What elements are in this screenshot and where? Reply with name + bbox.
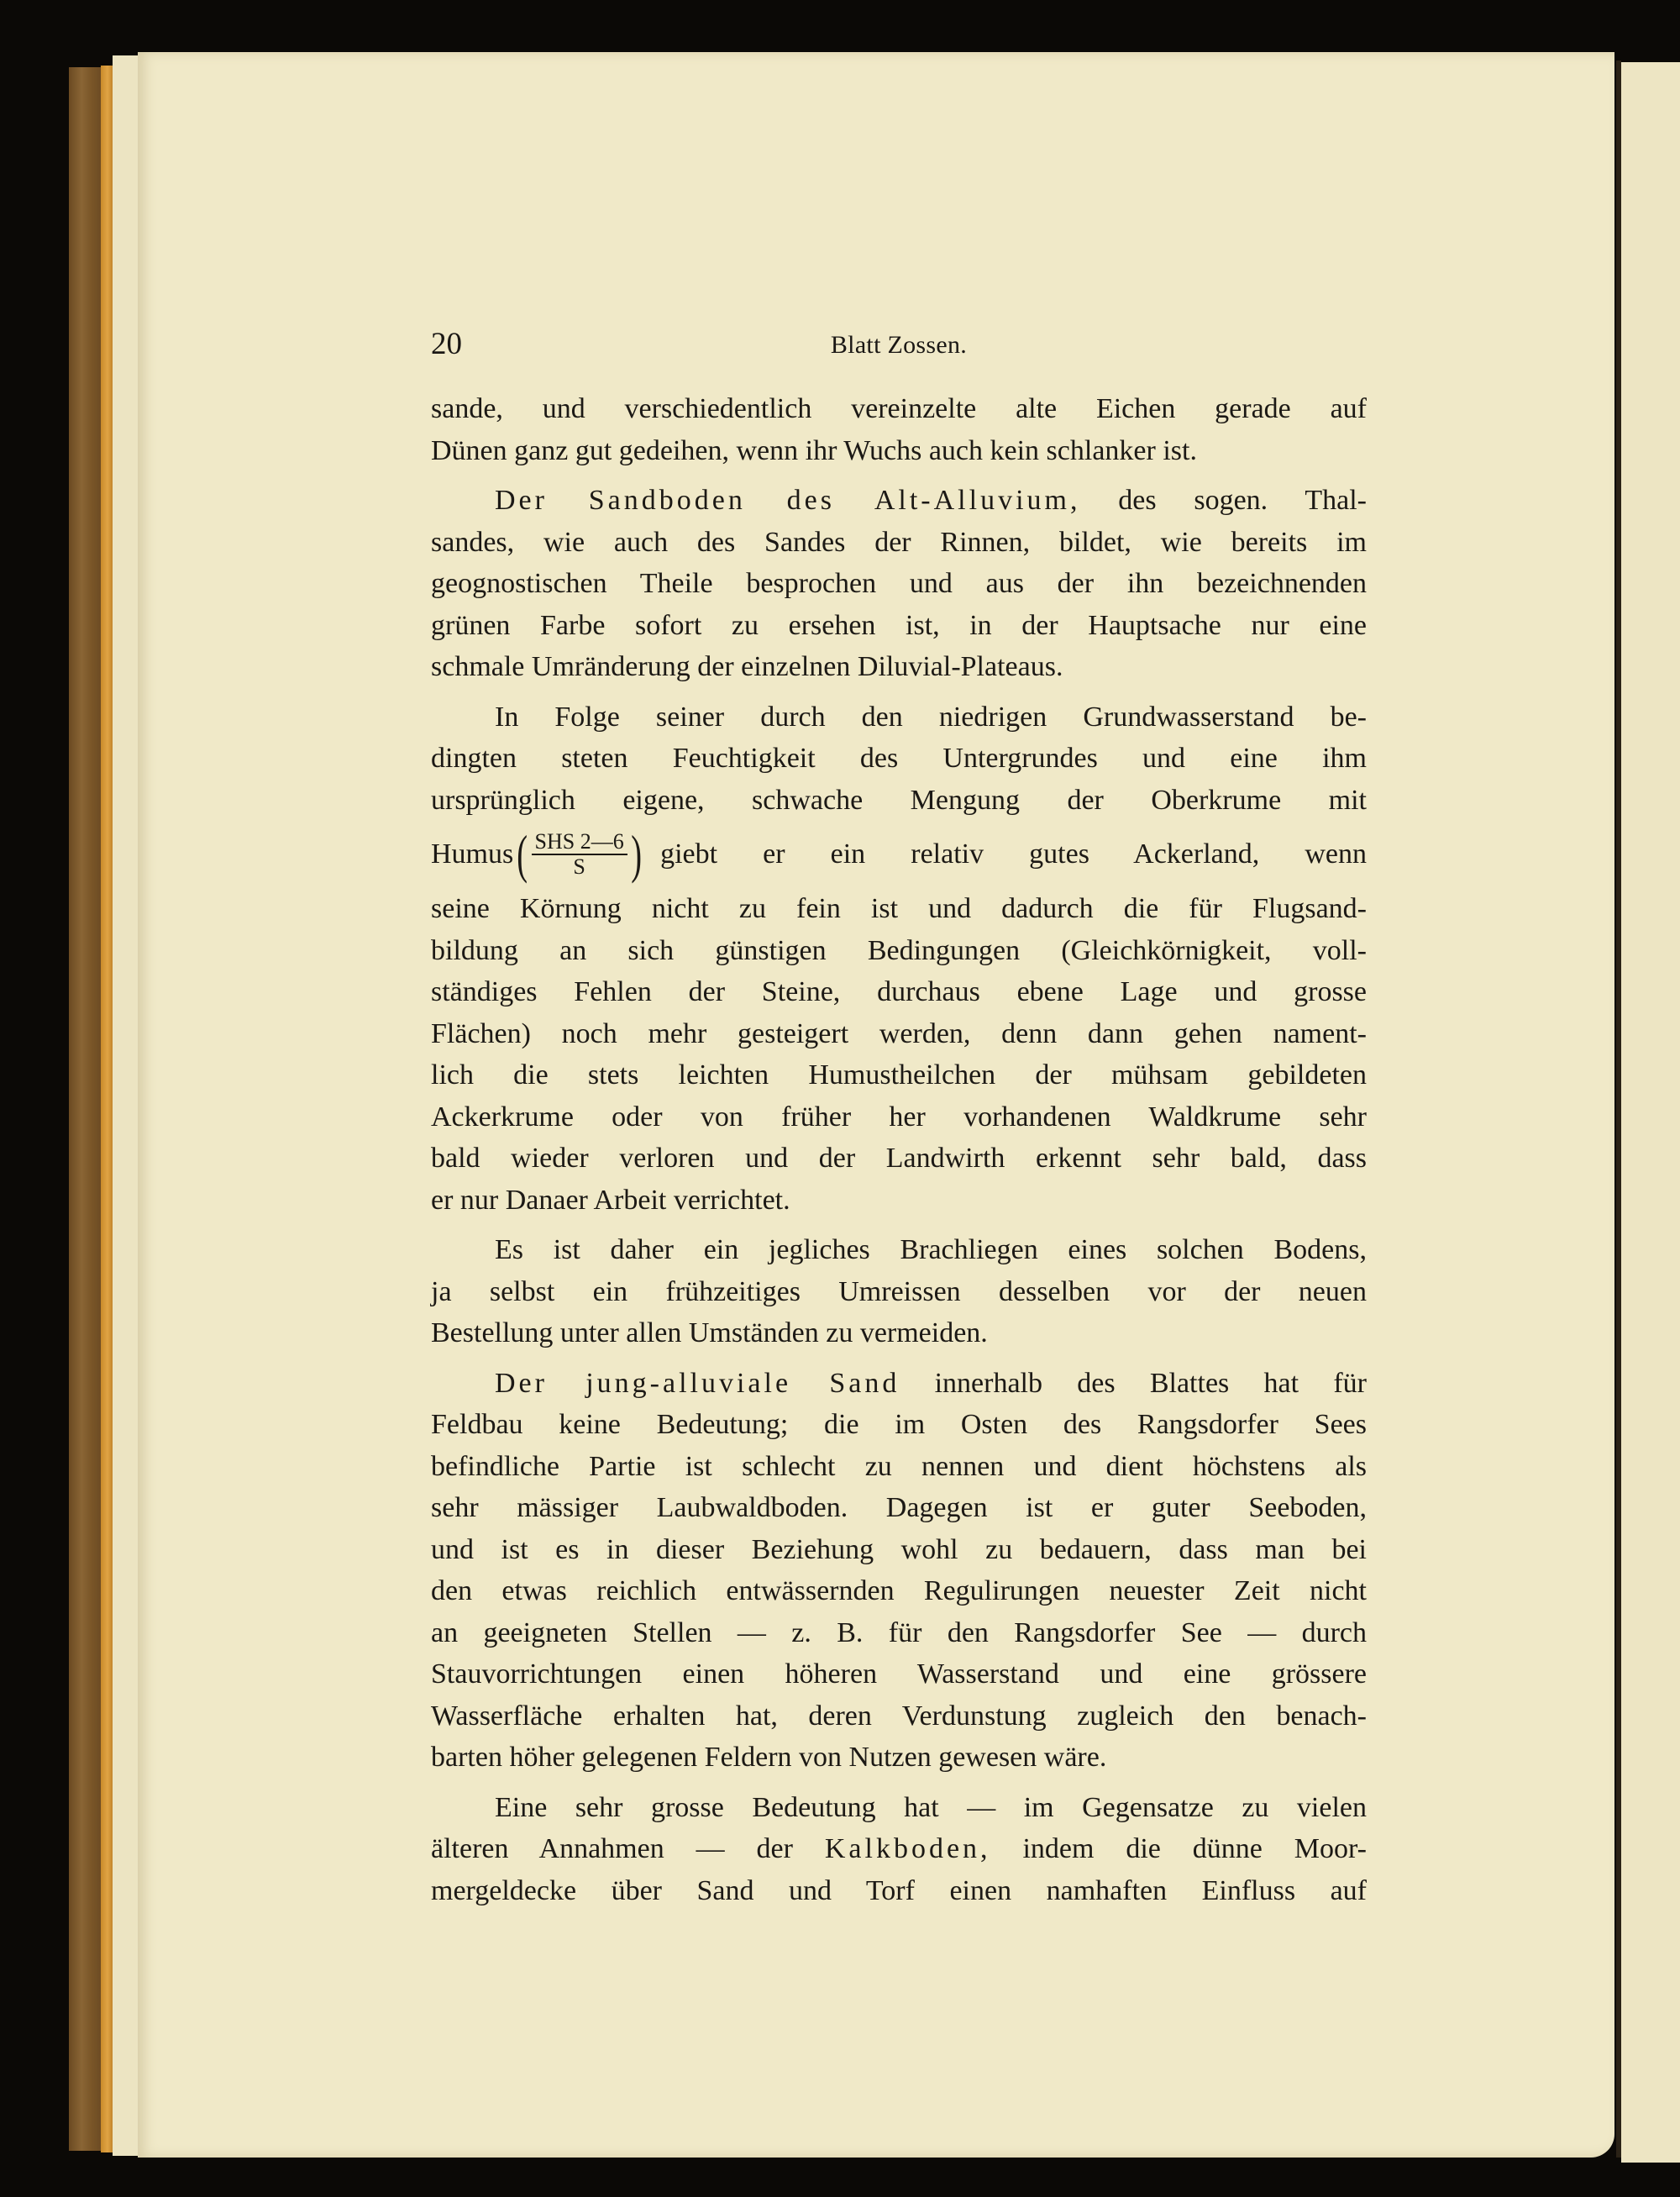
text-line: Der jung-alluviale Sand innerhalb des Bl… <box>431 1363 1367 1405</box>
text-line: grünen Farbe sofort zu ersehen ist, in d… <box>431 605 1367 647</box>
text-line: und ist es in dieser Beziehung wohl zu b… <box>431 1529 1367 1571</box>
text-line: mergeldecke über Sand und Torf einen nam… <box>431 1870 1367 1912</box>
spaced-term: Der Sandboden des Alt-Alluvium, <box>495 485 1080 516</box>
text-line: Dünen ganz gut gedeihen, wenn ihr Wuchs … <box>431 430 1367 472</box>
soil-formula: ( SHS 2—6 S ) <box>513 828 645 881</box>
text-line: er nur Danaer Arbeit verrichtet. <box>431 1180 1367 1222</box>
facing-page-edge <box>1621 62 1680 2163</box>
text-line: sandes, wie auch des Sandes der Rinnen, … <box>431 522 1367 564</box>
text-line: ständiges Fehlen der Steine, durchaus eb… <box>431 971 1367 1013</box>
formula-line: Humus ( SHS 2—6 S ) giebt er ein relativ… <box>431 821 1367 888</box>
text-line: Der Sandboden des Alt-Alluvium, des soge… <box>431 480 1367 522</box>
text-line: dingten steten Feuchtigkeit des Untergru… <box>431 738 1367 780</box>
text-line: barten höher gelegenen Feldern von Nutze… <box>431 1737 1367 1779</box>
text-line: Feldbau keine Bedeutung; die im Osten de… <box>431 1404 1367 1446</box>
text-line: Bestellung unter allen Umständen zu verm… <box>431 1312 1367 1354</box>
spaced-term: Der jung-alluviale Sand <box>495 1368 900 1399</box>
text-line: älteren Annahmen — der Kalkboden, indem … <box>431 1828 1367 1870</box>
text-line: geognostischen Theile besprochen und aus… <box>431 563 1367 605</box>
text-line: sande, und verschiedentlich vereinzelte … <box>431 388 1367 430</box>
text-line: Stauvorrichtungen einen höheren Wasserst… <box>431 1653 1367 1695</box>
formula-numerator: SHS 2—6 <box>532 830 627 855</box>
text-line: ursprünglich eigene, schwache Mengung de… <box>431 780 1367 822</box>
text-line: Es ist daher ein jegliches Brachliegen e… <box>431 1229 1367 1271</box>
page-body: sande, und verschiedentlich vereinzelte … <box>431 388 1367 1911</box>
text-line: sehr mässiger Laubwaldboden. Dagegen ist… <box>431 1487 1367 1529</box>
spaced-term: Kalkboden, <box>825 1833 991 1864</box>
running-head: Blatt Zossen. <box>431 331 1367 360</box>
text-line: Flächen) noch mehr gesteigert werden, de… <box>431 1013 1367 1055</box>
text-line: bildung an sich günstigen Bedingungen (G… <box>431 930 1367 972</box>
text-line: seine Körnung nicht zu fein ist und dadu… <box>431 888 1367 930</box>
text-line: bald wieder verloren und der Landwirth e… <box>431 1138 1367 1180</box>
text-line: lich die stets leichten Humustheilchen d… <box>431 1054 1367 1096</box>
text-line: an geeigneten Stellen — z. B. für den Ra… <box>431 1612 1367 1654</box>
text-line: schmale Umränderung der einzelnen Diluvi… <box>431 646 1367 688</box>
page-header: 20 Blatt Zossen. <box>431 326 1367 368</box>
text-line: ja selbst ein frühzeitiges Umreissen des… <box>431 1271 1367 1313</box>
text-line: Eine sehr grosse Bedeutung hat — im Gege… <box>431 1787 1367 1829</box>
text-line: den etwas reichlich entwässernden Reguli… <box>431 1570 1367 1612</box>
text-line: In Folge seiner durch den niedrigen Grun… <box>431 696 1367 738</box>
text-line: befindliche Partie ist schlecht zu nenne… <box>431 1446 1367 1488</box>
formula-denominator: S <box>573 855 585 879</box>
text-line: Wasserfläche erhalten hat, deren Verduns… <box>431 1695 1367 1737</box>
text-line: Ackerkrume oder von früher her vorhanden… <box>431 1096 1367 1138</box>
book-spine <box>69 67 101 2151</box>
